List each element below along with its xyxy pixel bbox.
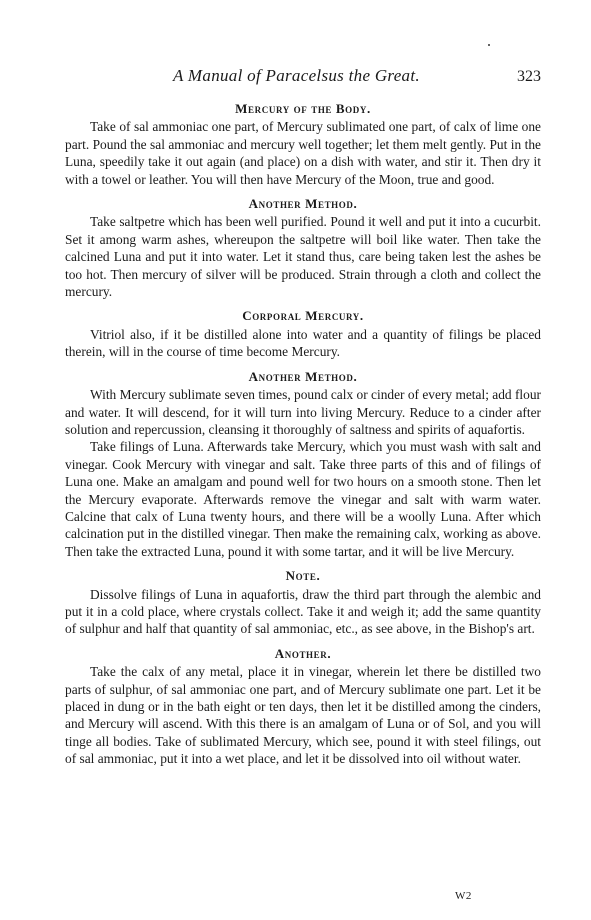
- section-heading: Corporal Mercury.: [65, 307, 541, 324]
- paragraph: Take saltpetre which has been well purif…: [65, 213, 541, 300]
- page-number: 323: [517, 68, 541, 86]
- section-heading: Mercury of the Body.: [65, 100, 541, 117]
- paragraph: Take of sal ammoniac one part, of Mercur…: [65, 118, 541, 188]
- section-heading: Another Method.: [65, 368, 541, 385]
- signature-mark: W2: [455, 890, 472, 902]
- section-note: Note. Dissolve filings of Luna in aquafo…: [65, 567, 541, 638]
- paragraph: Take the calx of any metal, place it in …: [65, 663, 541, 767]
- section-heading: Note.: [65, 567, 541, 584]
- section-another: Another. Take the calx of any metal, pla…: [65, 645, 541, 768]
- section-corporal-mercury: Corporal Mercury. Vitriol also, if it be…: [65, 307, 541, 360]
- section-heading: Another.: [65, 645, 541, 662]
- paragraph: With Mercury sublimate seven times, poun…: [65, 386, 541, 438]
- paragraph: Take filings of Luna. Afterwards take Me…: [65, 438, 541, 560]
- running-head: A Manual of Paracelsus the Great. 323: [65, 66, 541, 88]
- running-title: A Manual of Paracelsus the Great.: [173, 66, 420, 86]
- section-mercury-of-the-body: Mercury of the Body. Take of sal ammonia…: [65, 100, 541, 188]
- paragraph: Vitriol also, if it be distilled alone i…: [65, 326, 541, 361]
- section-heading: Another Method.: [65, 195, 541, 212]
- paragraph: Dissolve filings of Luna in aquafortis, …: [65, 586, 541, 638]
- page-body: Mercury of the Body. Take of sal ammonia…: [65, 100, 541, 768]
- scan-speck: [488, 44, 490, 46]
- section-another-method-2: Another Method. With Mercury sublimate s…: [65, 368, 541, 560]
- section-another-method-1: Another Method. Take saltpetre which has…: [65, 195, 541, 300]
